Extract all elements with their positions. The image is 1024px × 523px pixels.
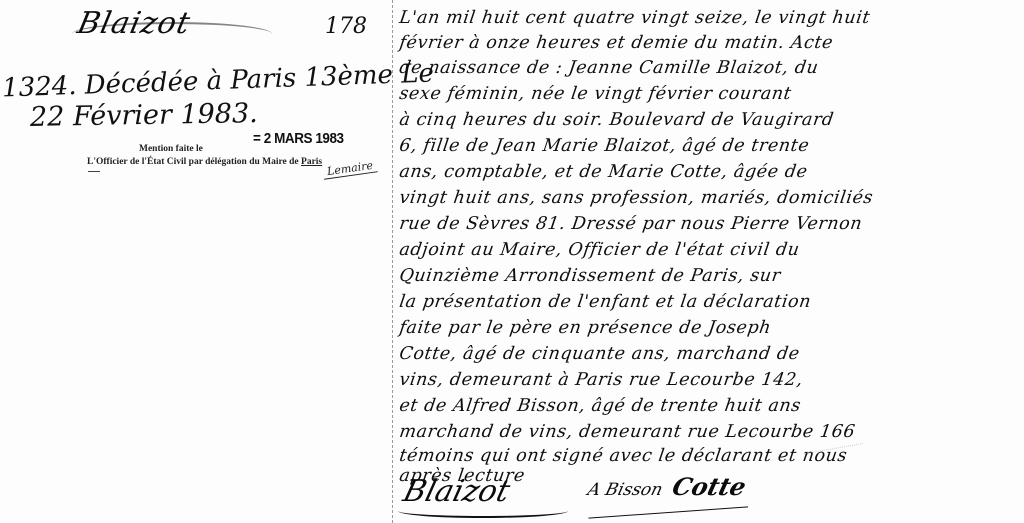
body-line: L'an mil huit cent quatre vingt seize, l… — [398, 8, 871, 28]
margin-rule-divider — [392, 0, 393, 523]
body-line: marchand de vins, demeurant rue Lecourbe… — [398, 422, 857, 442]
death-annotation-line-1: 1324. Décédée à Paris 13ème Le — [2, 58, 435, 103]
stamp-officer-signature: Lemaire — [322, 158, 378, 179]
signature-witness-cotte: Cotte — [669, 472, 749, 501]
body-line: ans, comptable, et de Marie Cotte, âgée … — [398, 162, 809, 182]
body-line: faite par le père en présence de Joseph — [398, 318, 773, 338]
body-line: 6, fille de Jean Marie Blaizot, âgé de t… — [398, 136, 811, 156]
body-line: de naissance de : Jeanne Camille Blaizot… — [398, 58, 820, 78]
body-line: et de Alfred Bisson, âgé de trente huit … — [398, 396, 802, 416]
left-margin: Blaizot 178 1324. Décédée à Paris 13ème … — [0, 0, 392, 523]
stamp-officer-text: L'Officier de l'État Civil par délégatio… — [87, 157, 301, 167]
signature-flourish — [588, 498, 748, 518]
margin-surname: Blaizot — [74, 6, 193, 41]
body-line: adjoint au Maire, Officier de l'état civ… — [398, 240, 801, 260]
stamp-place: Paris — [301, 157, 322, 167]
signature-father: Blaizot — [400, 474, 514, 509]
record-body: L'an mil huit cent quatre vingt seize, l… — [398, 0, 1024, 523]
body-line: sexe féminin, née le vingt février coura… — [398, 84, 793, 104]
body-line: vingt huit ans, sans profession, mariés,… — [398, 188, 874, 208]
death-annotation-line-2: 22 Février 1983. — [30, 98, 258, 133]
stamp-mention-line: Mention faite le — [139, 144, 203, 154]
body-line: à cinq heures du soir. Boulevard de Vaug… — [398, 110, 835, 130]
body-line: rue de Sèvres 81. Dressé par nous Pierre… — [398, 214, 864, 234]
record-number: 178 — [325, 14, 367, 39]
signatures-block: Blaizot A Bisson Cotte — [398, 474, 898, 522]
stamp-date: = 2 MARS 1983 — [253, 130, 344, 147]
body-line: témoins qui ont signé avec le déclarant … — [398, 446, 849, 466]
body-line: la présentation de l'enfant et la déclar… — [398, 292, 813, 312]
body-line: vins, demeurant à Paris rue Lecourbe 142… — [398, 370, 804, 390]
body-line: février à onze heures et demie du matin.… — [398, 33, 834, 53]
body-line: Quinzième Arrondissement de Paris, sur — [398, 266, 782, 286]
signature-witness-bisson: A Bisson — [586, 480, 665, 500]
stamp-underline — [88, 171, 100, 172]
body-line: Cotte, âgé de cinquante ans, marchand de — [398, 344, 801, 364]
scanned-document-page: Blaizot 178 1324. Décédée à Paris 13ème … — [0, 0, 1024, 523]
stamp-officer-line: L'Officier de l'État Civil par délégatio… — [87, 157, 322, 167]
